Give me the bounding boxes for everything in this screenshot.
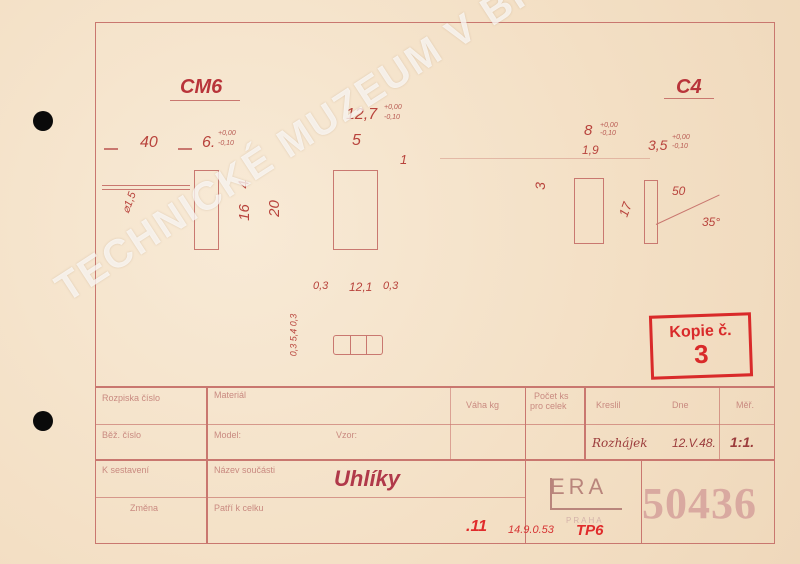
label-pocet: Počet ks [534,391,569,401]
label-rozpiska: Rozpiska číslo [102,393,160,403]
label-vaha: Váha kg [466,400,499,410]
dim-vertical: 0,3 5,4 0,3 [288,314,298,357]
part-name-value: Uhlíky [334,466,400,492]
title-underline [664,98,714,99]
tol-12-7-minus: -0,10 [384,114,400,122]
title-block-col [525,386,526,544]
tol-8-plus: +0,00 [600,122,618,130]
dim-50: 50 [672,184,685,198]
label-pocet-celek: pro celek [530,401,567,411]
meritko-value: 1:1. [730,434,754,450]
dim-1: 1 [400,152,407,167]
title-block-col [584,386,586,459]
dim-3-5: 3,5 [648,137,667,153]
dim-20: 20 [266,200,283,217]
company-logo: ERA [550,474,607,500]
kreslil-value: Rozhájek [592,436,648,450]
part-c4-front [574,178,604,244]
dim-8: 8 [584,122,592,139]
dim-0-3-right: 0,3 [383,280,398,292]
document-number: 50436 [642,478,757,529]
title-block-col [206,386,208,544]
part-divider [350,335,351,355]
label-nazev: Název součásti [214,465,275,475]
title-block-row [95,497,525,498]
dim-0-3-left: 0,3 [313,280,328,292]
part-cm6-front [333,170,378,250]
label-zmena: Změna [130,503,158,513]
label-material: Materiál [214,390,246,400]
dim-40: 40 [140,134,158,152]
label-k-sestaveni: K sestavení [102,465,149,475]
stamp-number: 3 [653,339,750,368]
label-meritko: Měř. [736,400,754,410]
punch-hole [33,411,53,431]
tol-3-5-plus: +0,00 [672,134,690,142]
dne-value: 12.V.48. [672,436,716,450]
tol-6-plus: +0,00 [218,130,236,138]
dim-angle-35: 35° [702,215,720,229]
part-title-c4: C4 [676,76,702,99]
copy-stamp: Kopie č. 3 [649,312,753,380]
part-title-cm6: CM6 [180,76,222,99]
tol-6-minus: -0,10 [218,140,234,148]
note-date: 14.9.0.53 [508,524,554,536]
part-bottom-view [333,335,383,355]
tol-3-5-minus: -0,10 [672,143,688,151]
punch-hole [33,111,53,131]
dim-arrow [178,148,192,150]
title-block-col [719,386,720,459]
dim-16: 16 [236,204,253,221]
title-block-row [95,459,775,461]
dim-1-9: 1,9 [582,143,599,157]
label-patri: Patří k celku [214,503,264,513]
title-underline [170,100,240,101]
dim-3: 3 [532,182,548,190]
note-tp6: TP6 [576,522,604,539]
part-c4-side [644,180,658,244]
dim-6: 6. [202,134,215,152]
title-block-col [450,386,451,459]
label-kreslil: Kreslil [596,400,621,410]
label-vzor: Vzor: [336,430,357,440]
construction-line [440,158,650,159]
label-model: Model: [214,430,241,440]
title-block-top [95,386,775,388]
drawing-sheet: CM6 40 6. +0,00 -0,10 12,7 +0,00 -0,10 5… [0,0,800,564]
note-11: .11 [466,518,487,536]
title-block-row [95,424,775,425]
tol-8-minus: -0,10 [600,130,616,138]
dim-12-1: 12,1 [349,280,372,294]
label-bez-cislo: Běž. číslo [102,430,141,440]
dim-5: 5 [352,132,361,150]
wire-line [102,185,190,186]
part-divider [366,335,367,355]
label-dne: Dne [672,400,689,410]
dim-arrow [104,148,118,150]
